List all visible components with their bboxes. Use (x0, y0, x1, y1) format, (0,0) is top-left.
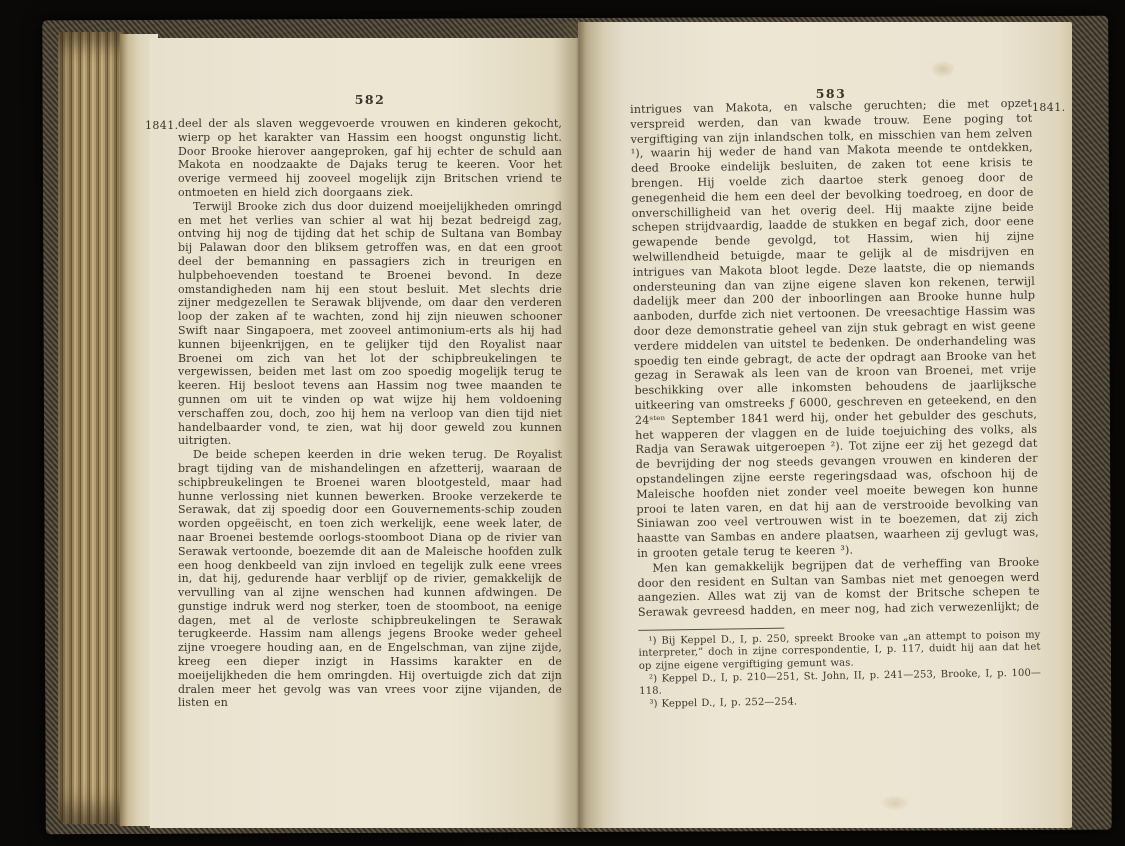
left-page-number: 582 (178, 92, 562, 107)
footnotes: ¹) Bij Keppel D., I, p. 250, spreekt Bro… (638, 630, 1041, 712)
body-paragraph: Men kan gemakkelijk begrijpen dat de ver… (637, 555, 1040, 620)
body-paragraph: Terwijl Brooke zich dus door duizend moe… (178, 200, 562, 448)
book-photo: 582 1841. deel der als slaven weggevoerd… (0, 0, 1125, 846)
page-fore-edges (58, 32, 126, 825)
right-margin-year: 1841. (1032, 101, 1066, 114)
right-page-text: intrigues van Makota, en valsche gerucht… (630, 97, 1042, 712)
body-paragraph: De beide schepen keerden in drie weken t… (178, 448, 562, 710)
left-margin-year: 1841. (145, 119, 179, 132)
left-page-text: deel der als slaven weggevoerde vrouwen … (178, 117, 562, 710)
body-paragraph: deel der als slaven weggevoerde vrouwen … (178, 117, 562, 200)
footnote-separator-rule (638, 628, 784, 631)
body-paragraph: intrigues van Makota, en valsche gerucht… (630, 97, 1039, 562)
footnote: ¹) Bij Keppel D., I, p. 250, spreekt Bro… (638, 630, 1041, 674)
